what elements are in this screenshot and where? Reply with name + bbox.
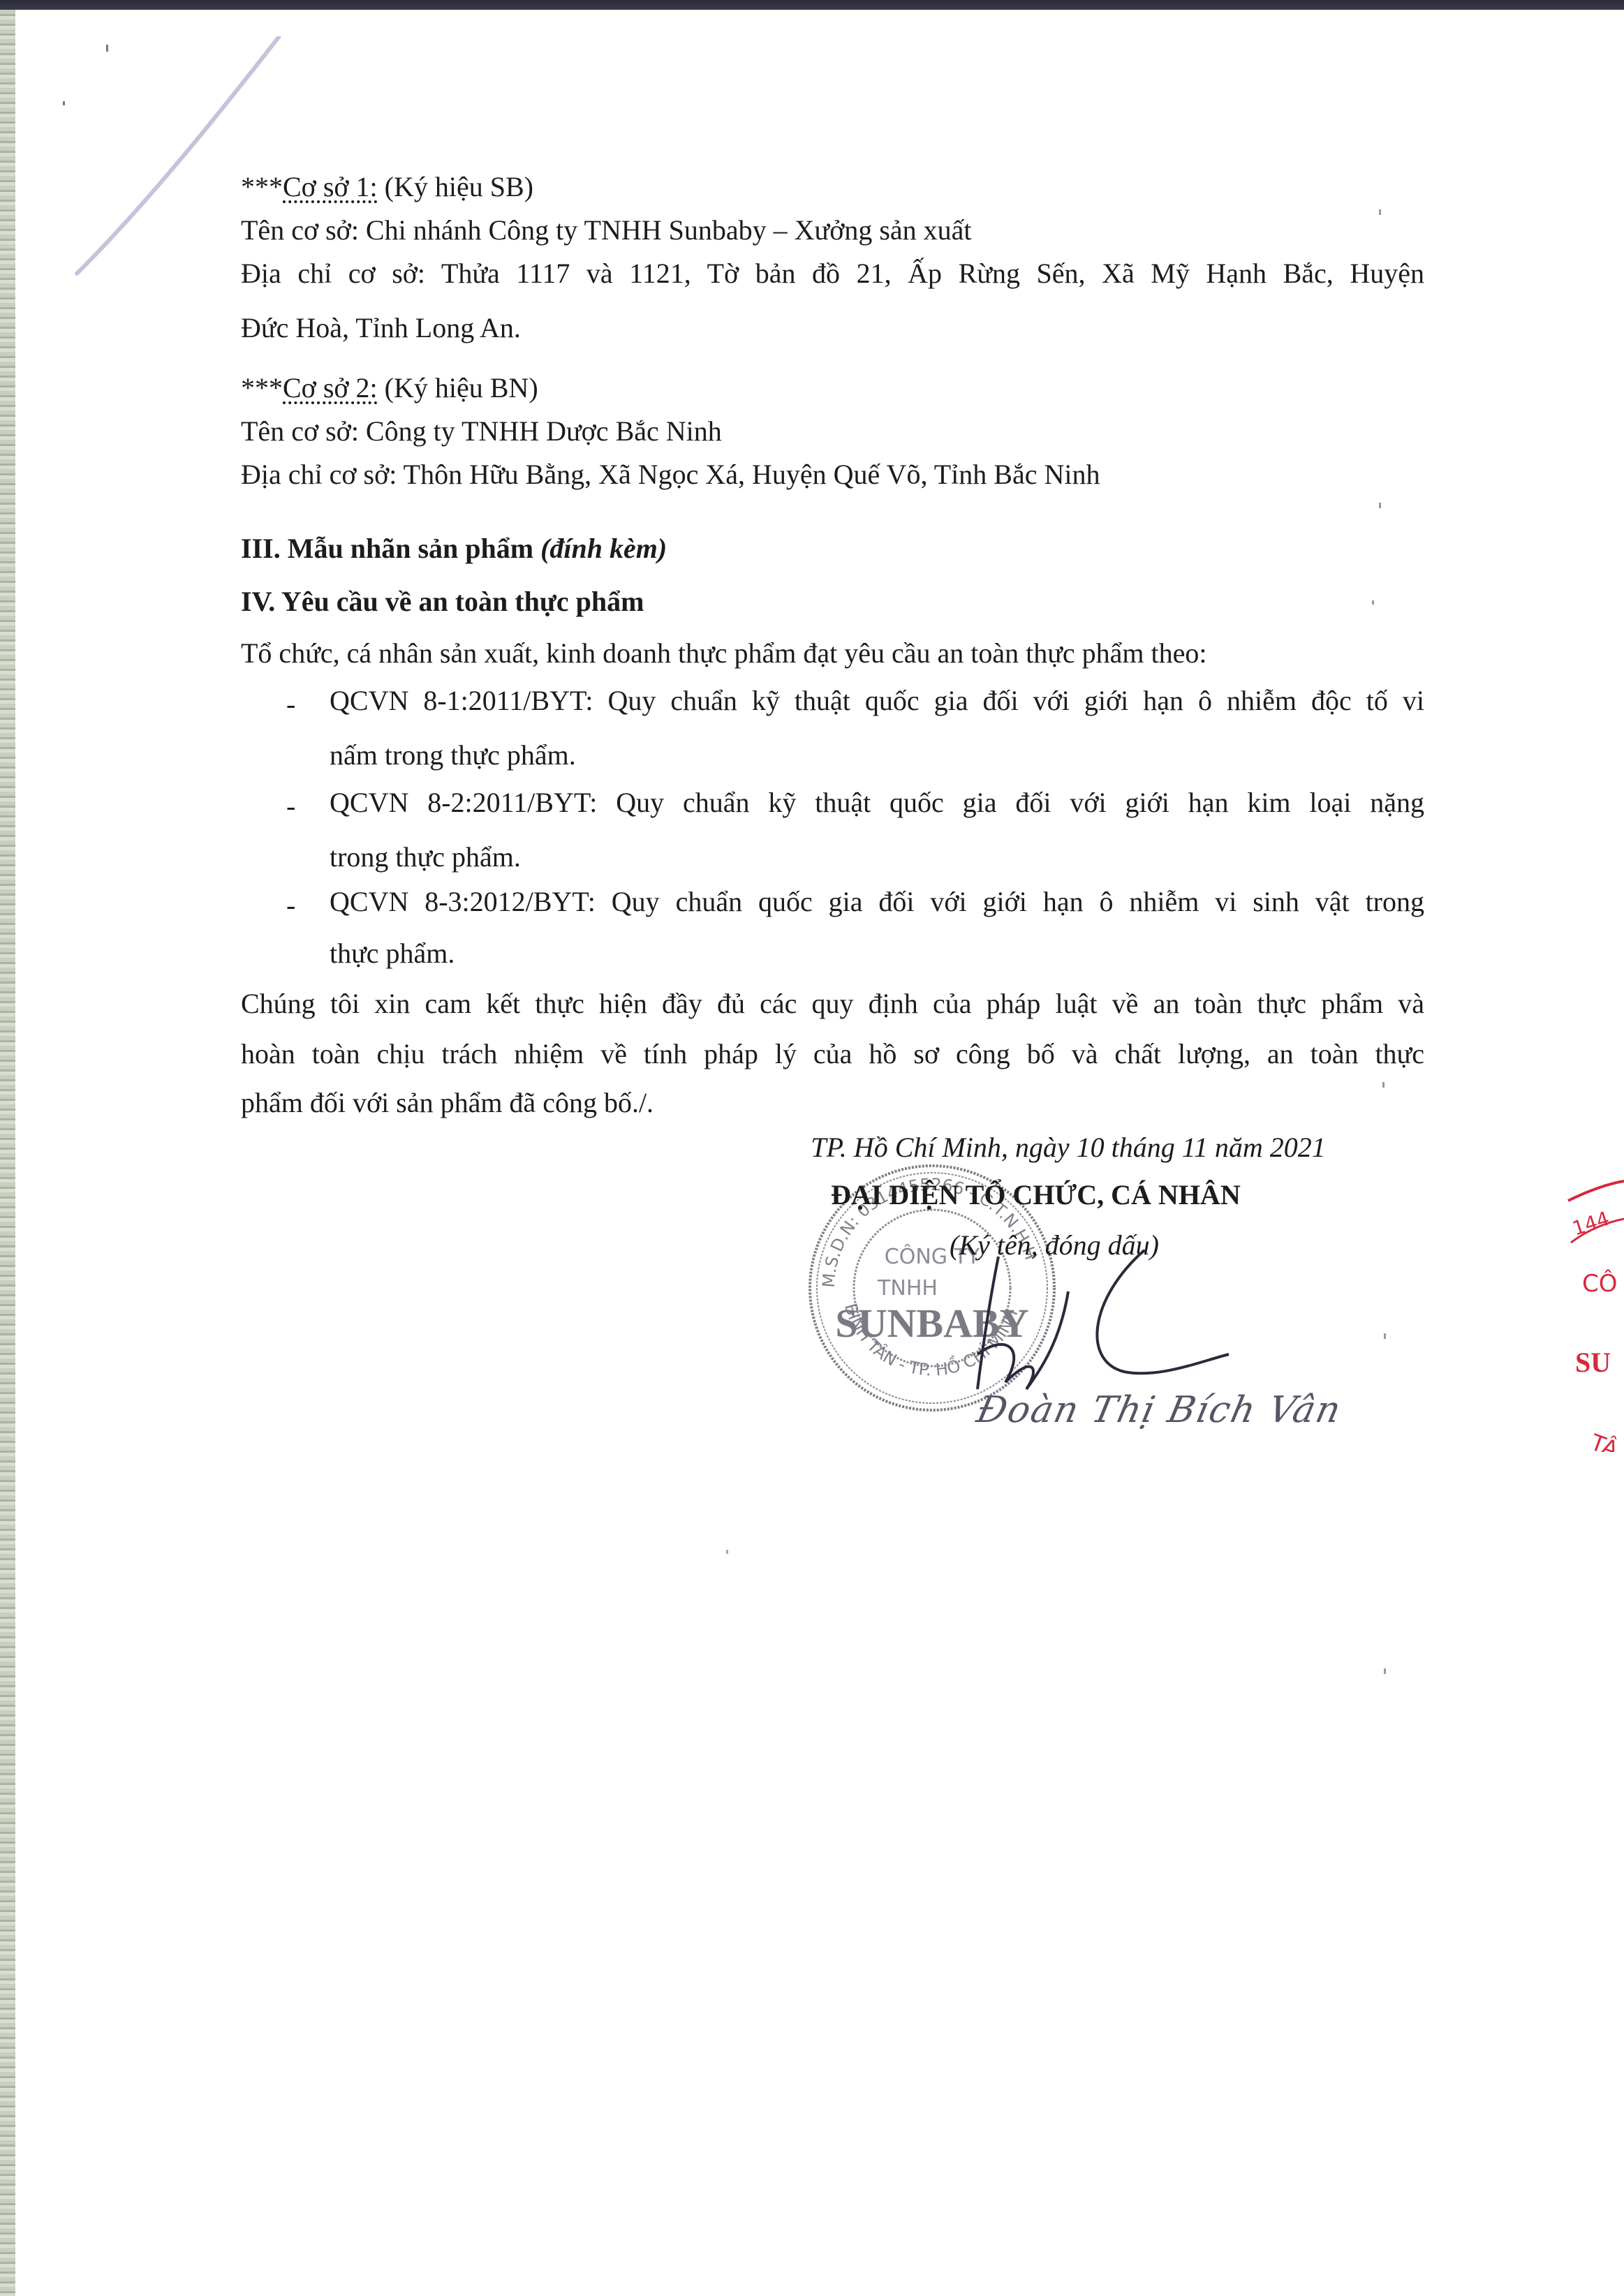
facility1-code: (Ký hiệu SB) <box>378 171 533 202</box>
svg-text:TNHH: TNHH <box>877 1276 938 1301</box>
signer-name: Đoàn Thị Bích Vân <box>973 1389 1346 1431</box>
svg-text:CÔ: CÔ <box>1582 1269 1618 1298</box>
section3-note: (đính kèm) <box>540 533 667 564</box>
scan-speck <box>1384 1333 1386 1339</box>
list-item-line2: trong thực phẩm. <box>330 840 521 874</box>
facility1-label: Cơ sở 1: <box>283 171 378 202</box>
section4-intro: Tổ chức, cá nhân sản xuất, kinh doanh th… <box>241 637 1207 670</box>
facility2-prefix: *** <box>241 372 283 403</box>
scanner-left-edge <box>0 10 15 2296</box>
scan-speck <box>1382 1082 1385 1088</box>
scan-speck <box>726 1550 728 1554</box>
pen-stroke-mark <box>70 36 293 288</box>
facility1-prefix: *** <box>241 171 283 202</box>
scan-speck <box>1372 600 1374 605</box>
list-item-line2: nấm trong thực phẩm. <box>330 739 576 772</box>
facility2-code: (Ký hiệu BN) <box>378 372 538 403</box>
facility2-label: Cơ sở 2: <box>283 372 378 403</box>
scan-speck <box>63 101 65 105</box>
svg-text:SU: SU <box>1575 1347 1611 1378</box>
facility1-address-line2: Đức Hoà, Tỉnh Long An. <box>241 311 521 345</box>
section4-heading: IV. Yêu cầu về an toàn thực phẩm <box>241 585 644 619</box>
list-bullet: - <box>286 889 295 922</box>
commitment-line3: phẩm đối với sản phẩm đã công bố./. <box>241 1086 654 1120</box>
facility1-name: Tên cơ sở: Chi nhánh Công ty TNHH Sunbab… <box>241 214 972 247</box>
facility1-address-line1: Địa chỉ cơ sở: Thửa 1117 và 1121, Tờ bản… <box>241 257 1424 290</box>
list-item-line1: QCVN 8-1:2011/BYT: Quy chuẩn kỹ thuật qu… <box>330 684 1424 718</box>
scan-speck <box>106 45 108 52</box>
scan-speck <box>1384 1668 1386 1674</box>
signature-heading: ĐẠI DIỆN TỔ CHỨC, CÁ NHÂN <box>831 1178 1241 1211</box>
list-item-line2: thực phẩm. <box>330 937 455 970</box>
facility2-address: Địa chỉ cơ sở: Thôn Hữu Bằng, Xã Ngọc Xá… <box>241 458 1100 491</box>
list-item-line1: QCVN 8-2:2011/BYT: Quy chuẩn kỹ thuật qu… <box>330 786 1424 820</box>
section3-heading: III. Mẫu nhãn sản phẩm (đính kèm) <box>241 532 667 565</box>
red-company-stamp-partial: 144 CÔ SU TÂ <box>1561 1159 1624 1452</box>
list-bullet: - <box>286 790 295 823</box>
scan-speck <box>1379 503 1381 508</box>
facility2-heading: ***Cơ sở 2: (Ký hiệu BN) <box>241 371 538 405</box>
facility2-name: Tên cơ sở: Công ty TNHH Dược Bắc Ninh <box>241 415 722 448</box>
commitment-line1: Chúng tôi xin cam kết thực hiện đầy đủ c… <box>241 987 1424 1021</box>
list-bullet: - <box>286 688 295 721</box>
svg-text:TÂ: TÂ <box>1586 1428 1622 1452</box>
signature-block: M.S.D.N: 0314455266 - C.T.N.H.H BÌNH TÂN… <box>754 1131 1382 1494</box>
section3-title: III. Mẫu nhãn sản phẩm <box>241 533 540 564</box>
facility1-heading: ***Cơ sở 1: (Ký hiệu SB) <box>241 170 533 204</box>
scan-speck <box>1379 209 1381 215</box>
handwritten-signature <box>964 1250 1257 1403</box>
scanner-top-edge <box>0 0 1624 10</box>
place-date: TP. Hồ Chí Minh, ngày 10 tháng 11 năm 20… <box>754 1131 1382 1164</box>
list-item-line1: QCVN 8-3:2012/BYT: Quy chuẩn quốc gia đố… <box>330 885 1424 919</box>
commitment-line2: hoàn toàn chịu trách nhiệm về tính pháp … <box>241 1037 1424 1071</box>
svg-text:144: 144 <box>1570 1207 1612 1240</box>
